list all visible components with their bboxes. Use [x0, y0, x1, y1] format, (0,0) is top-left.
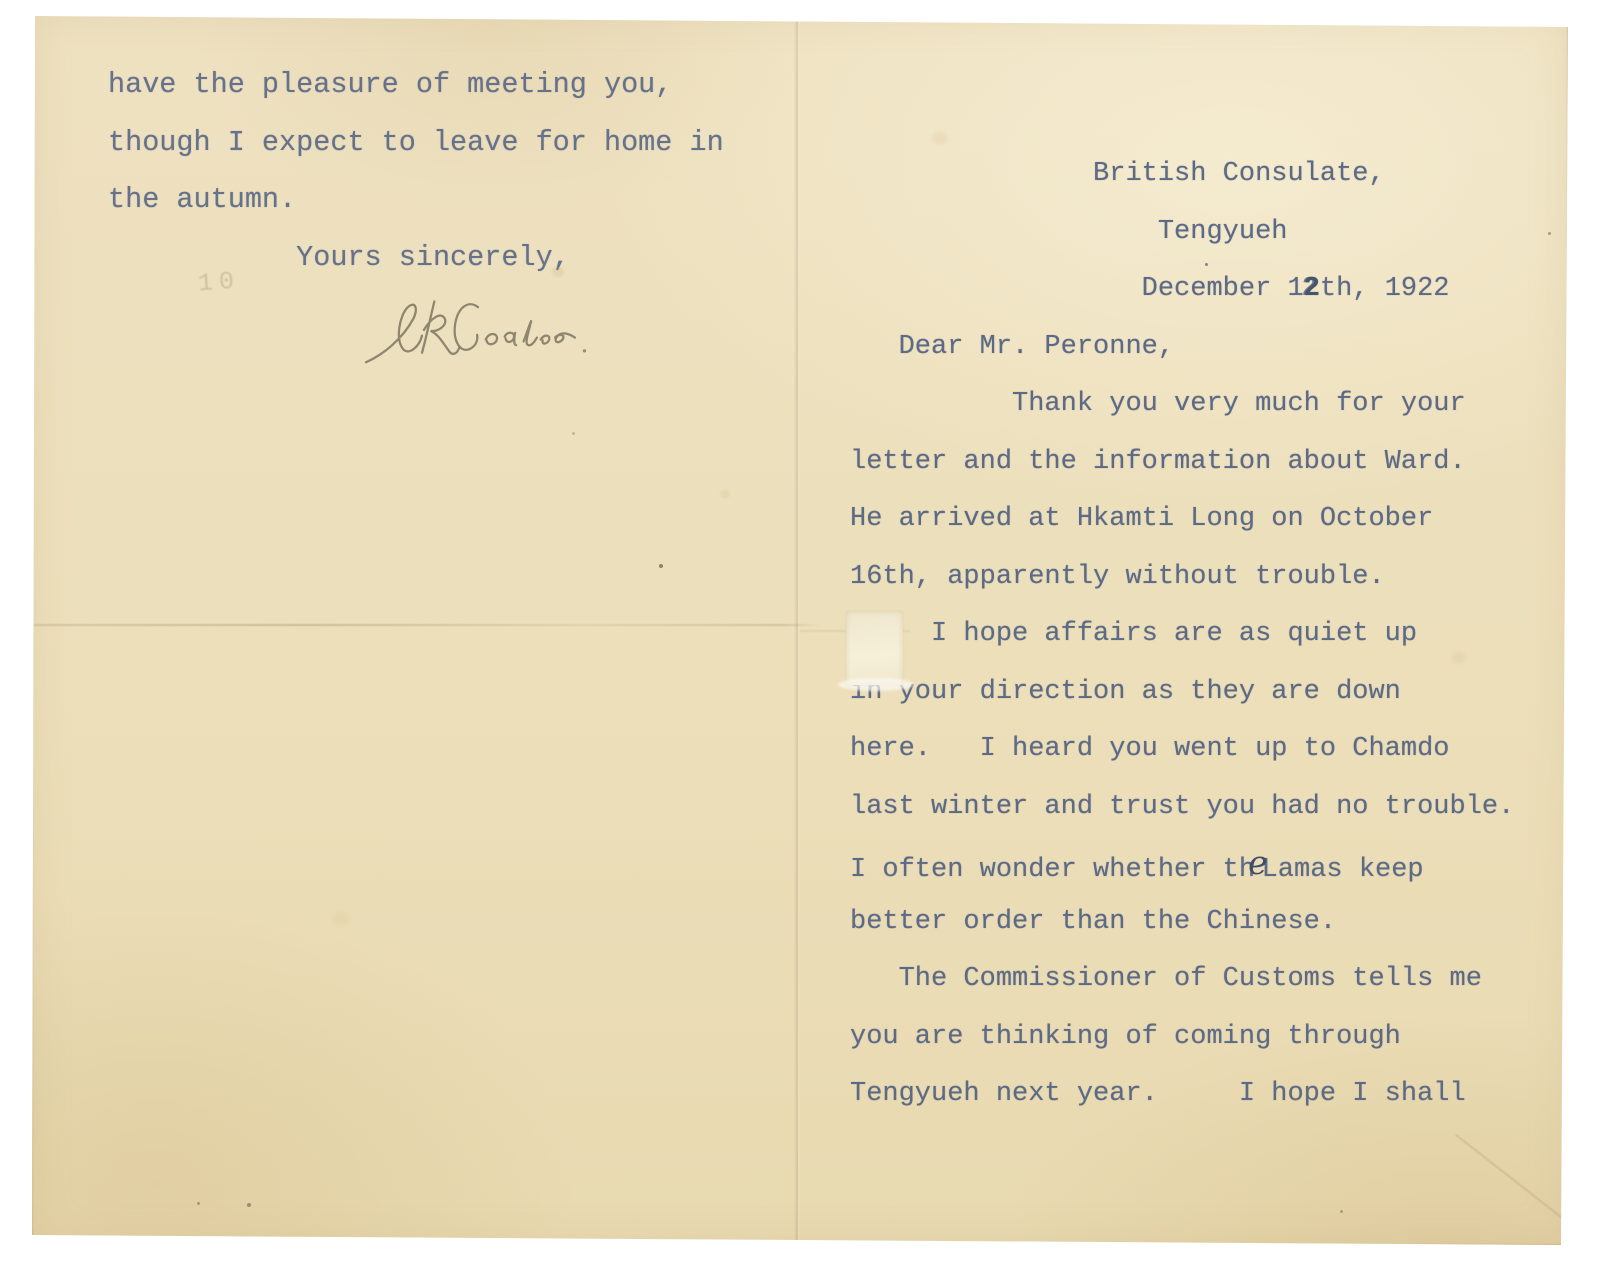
pencil-ghost-mark: 10: [197, 267, 241, 299]
letter-line: Thank you very much for your: [850, 376, 1514, 434]
left-page-text: have the pleasure of meeting you,though …: [108, 56, 724, 286]
speckle: [1205, 263, 1208, 266]
letter-line: here. I heard you went up to Chamdo: [850, 721, 1514, 779]
letter-line: He arrived at Hkamti Long on October: [850, 491, 1514, 549]
letter-paper: have the pleasure of meeting you,though …: [32, 12, 1568, 1245]
foxing-spot: [332, 912, 350, 925]
vertical-fold-crease: [794, 12, 800, 1245]
letter-line: I hope affairs are as quiet up: [850, 606, 1514, 664]
letter-line: in your direction as they are down: [850, 664, 1514, 722]
speckle: [659, 564, 663, 568]
letter-line: British Consulate,: [850, 146, 1514, 204]
speckle: [1548, 232, 1551, 235]
foxing-spot: [932, 132, 948, 144]
letter-line: Tengyueh next year. I hope I shall: [850, 1066, 1514, 1124]
letter-line: December 12th, 1922: [850, 261, 1514, 319]
speckle: [247, 1203, 251, 1207]
tape-torn-edge: [838, 678, 914, 691]
tape-residue-patch: [846, 611, 903, 685]
foxing-spot: [1452, 652, 1466, 663]
letter-line: letter and the information about Ward.: [850, 434, 1514, 492]
right-page-text: British Consulate, Tengyueh December 12t…: [850, 146, 1514, 1124]
corner-crease: [1455, 1134, 1574, 1228]
speckle: [1340, 1210, 1343, 1213]
letter-line: better order than the Chinese.: [850, 894, 1514, 952]
letter-line: the autumn.: [108, 171, 724, 229]
letter-line: though I expect to leave for home in: [108, 114, 724, 172]
letter-line: last winter and trust you had no trouble…: [850, 779, 1514, 837]
letter-line: Dear Mr. Peronne,: [850, 319, 1514, 377]
foxing-spot: [552, 267, 564, 277]
speckle: [572, 432, 575, 435]
speckle: [197, 1202, 200, 1205]
scanned-letter-page: { "document_type": "typewritten letter",…: [0, 0, 1600, 1273]
foxing-spot: [720, 490, 730, 498]
letter-line: The Commissioner of Customs tells me: [850, 951, 1514, 1009]
letter-line: 16th, apparently without trouble.: [850, 549, 1514, 607]
letter-line: I often wonder whether theLamas keep: [850, 836, 1514, 894]
letter-line: you are thinking of coming through: [850, 1009, 1514, 1067]
letter-line: Tengyueh: [850, 204, 1514, 262]
horizontal-fold-crease: [34, 624, 822, 626]
signature: [354, 292, 604, 387]
letter-line: have the pleasure of meeting you,: [108, 56, 724, 114]
